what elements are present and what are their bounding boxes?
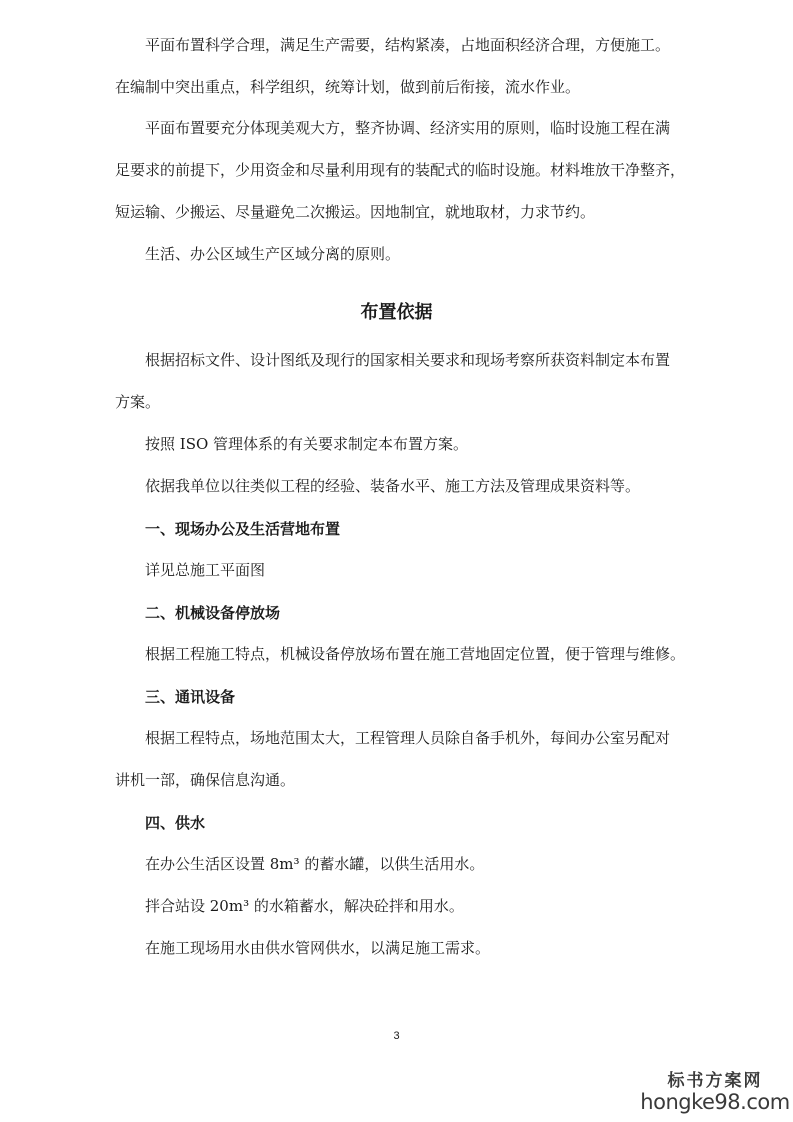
- paragraph: 按照 ISO 管理体系的有关要求制定本布置方案。: [145, 434, 745, 454]
- subsection-title: 二、机械设备停放场: [145, 602, 280, 623]
- watermark-cn: 标书方案网: [640, 1066, 790, 1091]
- text-line: 在编制中突出重点，科学组织，统筹计划，做到前后衔接，流水作业。: [115, 77, 715, 97]
- section-title: 布置依据: [0, 298, 793, 324]
- paragraph: 生活、办公区域生产区域分离的原则。: [145, 244, 745, 264]
- watermark-url: hongke98.com: [640, 1091, 790, 1113]
- watermark-logo: 标书方案网 hongke98.com: [640, 1066, 790, 1113]
- subsection-title: 一、现场办公及生活营地布置: [145, 518, 340, 539]
- text-line: 拌合站设 20m³ 的水箱蓄水，解决砼拌和用水。: [145, 896, 745, 916]
- text-line: 详见总施工平面图: [145, 560, 745, 580]
- text-line: 平面布置要充分体现美观大方，整齐协调、经济实用的原则，临时设施工程在满: [145, 118, 745, 138]
- text-line: 根据工程施工特点，机械设备停放场布置在施工营地固定位置，便于管理与维修。: [145, 644, 745, 664]
- text-line: 讲机一部，确保信息沟通。: [115, 770, 715, 790]
- text-line: 短运输、少搬运、尽量避免二次搬运。因地制宜，就地取材，力求节约。: [115, 202, 715, 222]
- subsection-title: 三、通讯设备: [145, 686, 235, 707]
- text-line: 根据招标文件、设计图纸及现行的国家相关要求和现场考察所获资料制定本布置: [145, 350, 745, 370]
- paragraph: 依据我单位以往类似工程的经验、装备水平、施工方法及管理成果资料等。: [145, 476, 745, 496]
- text-line: 足要求的前提下，少用资金和尽量利用现有的装配式的临时设施。材料堆放干净整齐，: [115, 160, 715, 180]
- page-number: 3: [0, 1030, 793, 1042]
- subsection-title: 四、供水: [145, 812, 205, 833]
- text-line: 平面布置科学合理，满足生产需要，结构紧凑，占地面积经济合理，方便施工。: [145, 35, 745, 55]
- text-line: 在办公生活区设置 8m³ 的蓄水罐，以供生活用水。: [145, 854, 745, 874]
- text-line: 在施工现场用水由供水管网供水，以满足施工需求。: [145, 938, 745, 958]
- text-line: 根据工程特点，场地范围太大，工程管理人员除自备手机外，每间办公室另配对: [145, 728, 745, 748]
- text-line: 方案。: [115, 392, 715, 412]
